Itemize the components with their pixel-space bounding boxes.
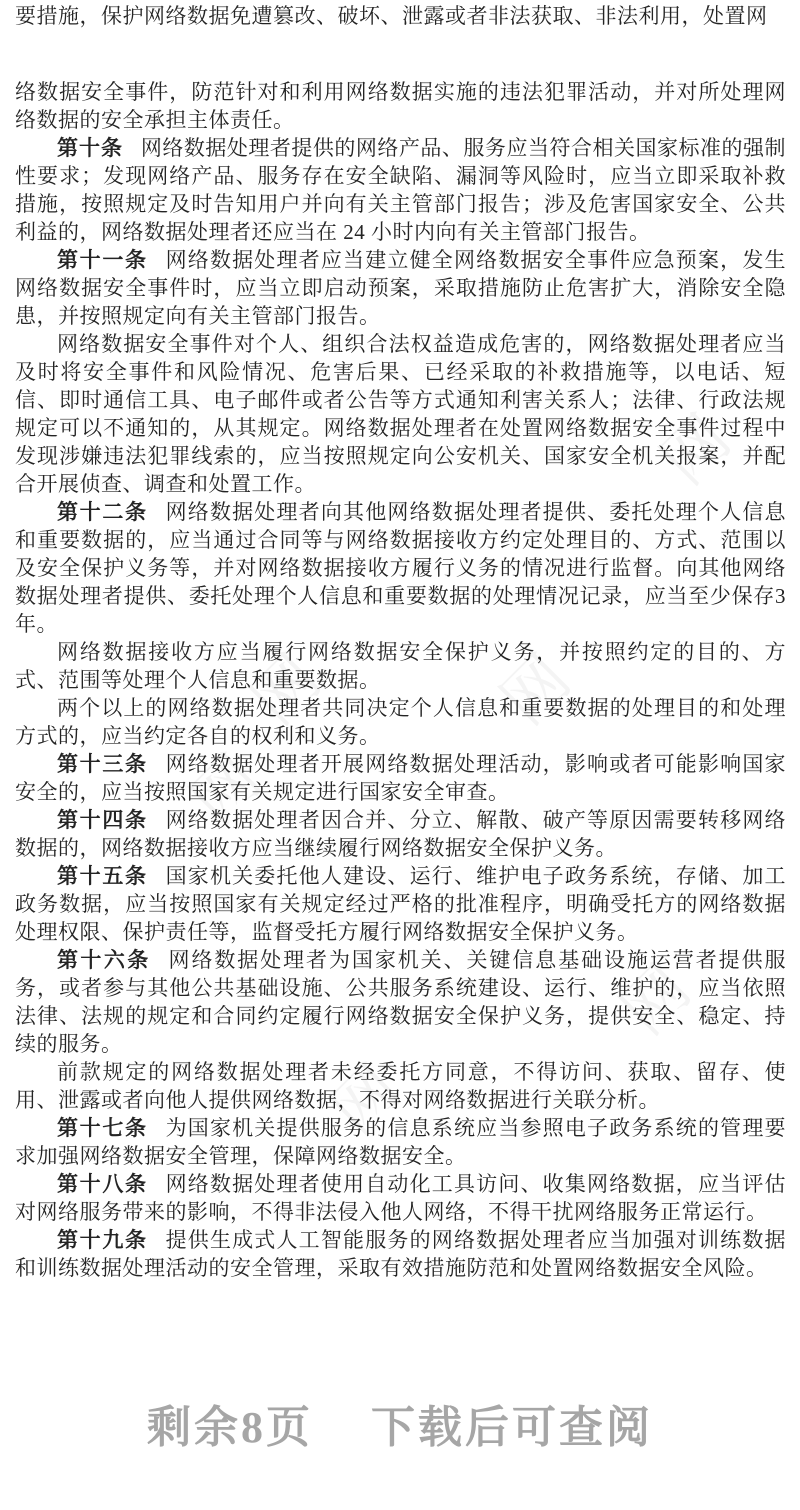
body-paragraph: 网络数据安全事件对个人、组织合法权益造成危害的，网络数据处理者应当及时将安全事件… <box>15 330 786 498</box>
article-paragraph: 第十四条网络数据处理者因合并、分立、解散、破产等原因需要转移网络数据的，网络数据… <box>15 806 786 862</box>
document-preview-page: 网 网 网 网 网 网 要措施，保护网络数据免遭篡改、破坏、泄露或者非法获取、非… <box>0 0 800 1510</box>
download-hint-label: 下载后可查阅 <box>371 1402 653 1454</box>
article-paragraph: 第十一条网络数据处理者应当建立健全网络数据安全事件应急预案，发生网络数据安全事件… <box>15 246 786 330</box>
body-paragraph: 两个以上的网络数据处理者共同决定个人信息和重要数据的处理目的和处理方式的，应当约… <box>15 694 786 750</box>
body-paragraph: 要措施，保护网络数据免遭篡改、破坏、泄露或者非法获取、非法利用，处置网 <box>15 2 786 30</box>
article-number: 第十三条 <box>57 752 148 776</box>
article-paragraph: 第十三条网络数据处理者开展网络数据处理活动，影响或者可能影响国家安全的，应当按照… <box>15 750 786 806</box>
article-number: 第十一条 <box>57 248 148 272</box>
article-number: 第十四条 <box>57 808 148 832</box>
article-number: 第十八条 <box>57 1172 148 1196</box>
article-paragraph: 第十二条网络数据处理者向其他网络数据处理者提供、委托处理个人信息和重要数据的，应… <box>15 498 786 638</box>
body-paragraph: 络数据安全事件，防范针对和利用网络数据实施的违法犯罪活动，并对所处理网络数据的安… <box>15 78 786 134</box>
body-paragraph: 网络数据接收方应当履行网络数据安全保护义务，并按照约定的目的、方式、范围等处理个… <box>15 638 786 694</box>
article-number: 第十二条 <box>57 500 148 524</box>
article-paragraph: 第十条网络数据处理者提供的网络产品、服务应当符合相关国家标准的强制性要求；发现网… <box>15 134 786 246</box>
article-paragraph: 第十九条提供生成式人工智能服务的网络数据处理者应当加强对训练数据和训练数据处理活… <box>15 1226 786 1282</box>
article-number: 第十九条 <box>57 1228 148 1252</box>
document-body: 要措施，保护网络数据免遭篡改、破坏、泄露或者非法获取、非法利用，处置网络数据安全… <box>0 0 800 1345</box>
body-paragraph: 前款规定的网络数据处理者未经委托方同意，不得访问、获取、留存、使用、泄露或者向他… <box>15 1058 786 1114</box>
article-number: 第十六条 <box>57 948 151 972</box>
article-paragraph: 第十五条国家机关委托他人建设、运行、维护电子政务系统，存储、加工政务数据，应当按… <box>15 862 786 946</box>
article-paragraph: 第十八条网络数据处理者使用自动化工具访问、收集网络数据，应当评估对网络服务带来的… <box>15 1170 786 1226</box>
article-paragraph: 第十六条网络数据处理者为国家机关、关键信息基础设施运营者提供服务，或者参与其他公… <box>15 946 786 1058</box>
pages-remaining-banner: 剩余8页 下载后可查阅 <box>0 1402 800 1454</box>
article-number: 第十五条 <box>57 864 148 888</box>
article-number: 第十条 <box>57 136 123 160</box>
article-paragraph: 第十七条为国家机关提供服务的信息系统应当参照电子政务系统的管理要求加强网络数据安… <box>15 1114 786 1170</box>
article-number: 第十七条 <box>57 1116 148 1140</box>
remaining-pages-label: 剩余8页 <box>147 1402 313 1454</box>
